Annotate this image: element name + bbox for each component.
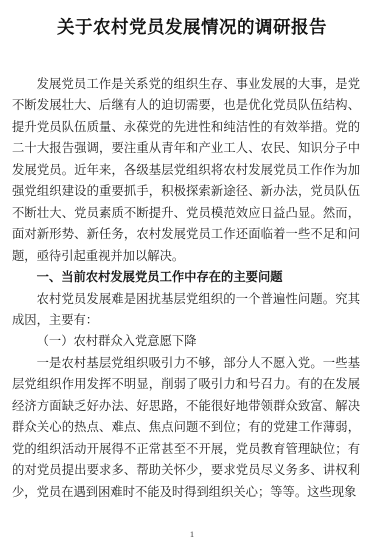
subsection-1-paragraph: 一是农村基层党组织吸引力不够，部分人不愿入党。一些基层党组织作用发挥不明显，削弱… [12,353,360,503]
intro-paragraph: 发展党员工作是关系党的组织生存、事业发展的大事，是党不断发展壮大、后继有人的迫切… [12,74,360,267]
section-1-heading: 一、当前农村发展党员工作中存在的主要问题 [12,267,360,288]
subsection-1-heading: （一）农村群众入党意愿下降 [12,331,360,352]
section-1-lead-paragraph: 农村党员发展难是困扰基层党组织的一个普遍性问题。究其成因，主要有： [12,289,360,332]
document-body: 发展党员工作是关系党的组织生存、事业发展的大事，是党不断发展壮大、后继有人的迫切… [12,74,360,503]
page-number: 1 [0,529,384,539]
document-title: 关于农村党员发展情况的调研报告 [24,14,360,41]
document-page: 关于农村党员发展情况的调研报告 发展党员工作是关系党的组织生存、事业发展的大事，… [0,0,384,550]
